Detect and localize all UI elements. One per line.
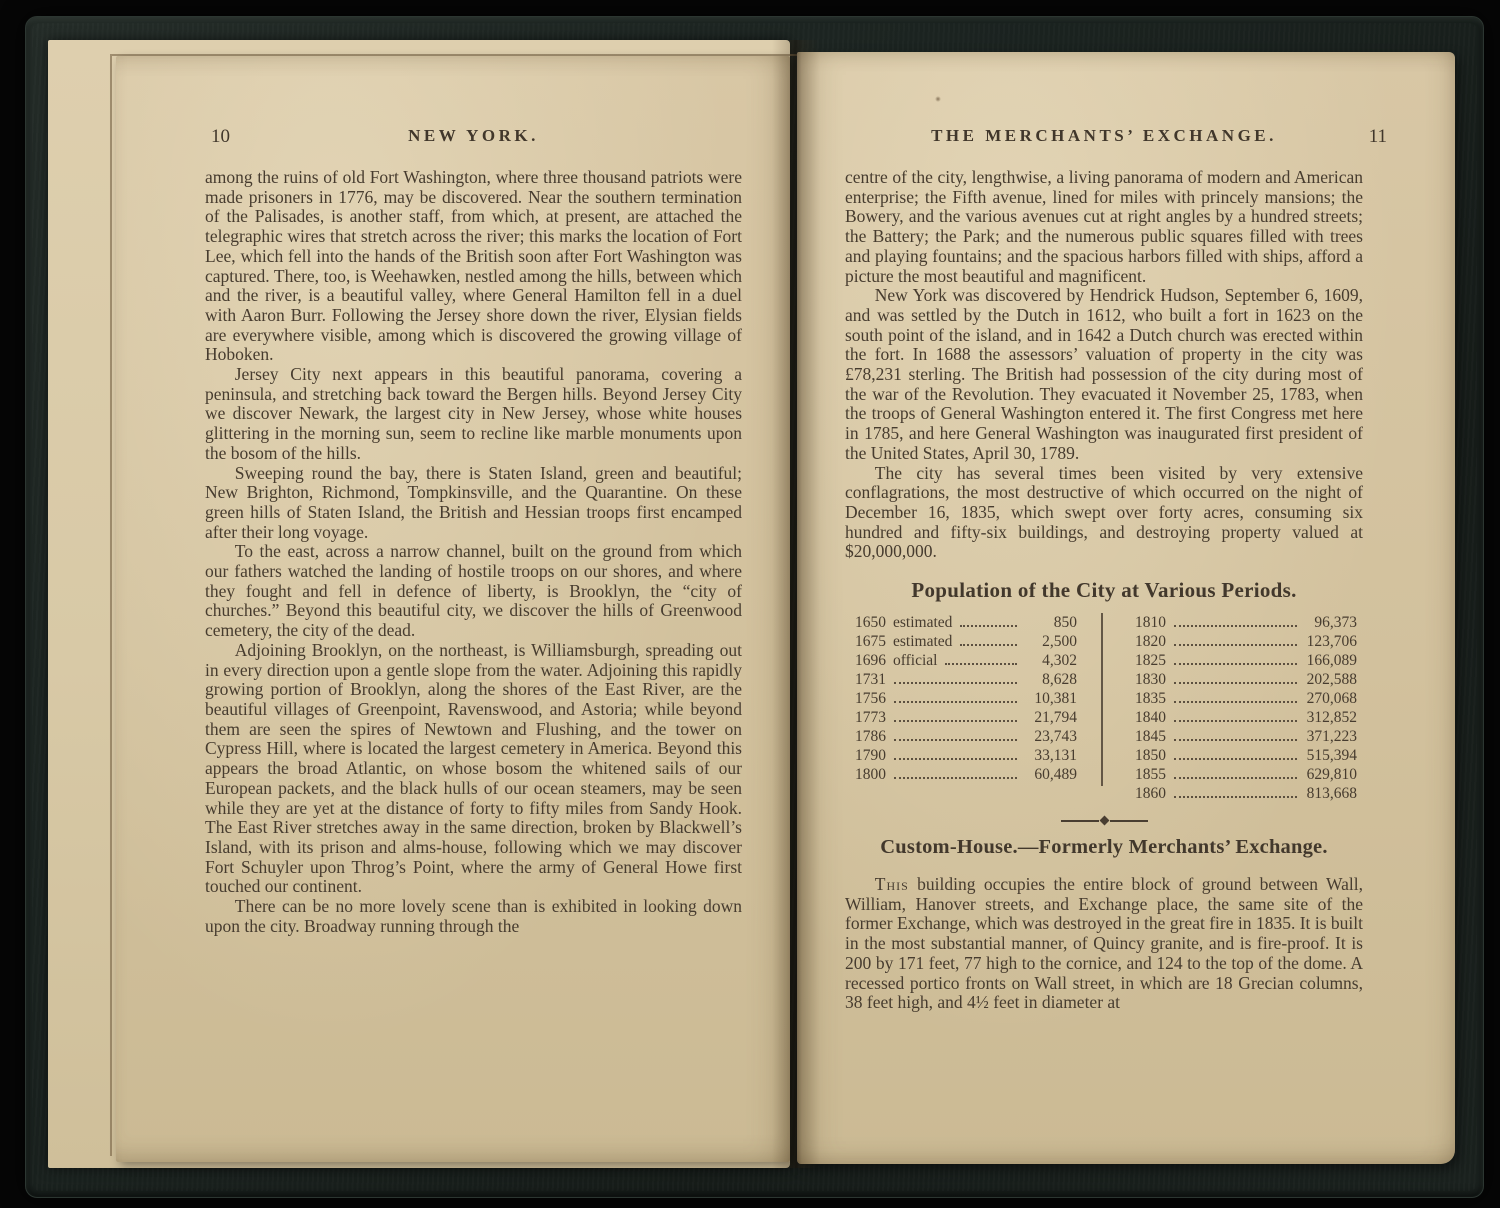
table-row: 1773 21,794 — [855, 708, 1077, 727]
population-table: 1650 estimated 850 1675 estimated 2,500 — [845, 613, 1363, 803]
dot-leader — [1174, 625, 1297, 627]
lead-word: This — [875, 874, 909, 894]
dot-leader — [960, 644, 1017, 646]
year-cell: 1855 — [1135, 765, 1166, 784]
table-row: 1810 96,373 — [1135, 613, 1357, 632]
running-head: THE MERCHANTS’ EXCHANGE. — [845, 126, 1363, 146]
book-photograph: 10 NEW YORK. among the ruins of old Fort… — [0, 0, 1500, 1208]
left-page-body: among the ruins of old Fort Washington, … — [205, 168, 742, 936]
table-row: 1855 629,810 — [1135, 765, 1357, 784]
table-row: 1830 202,588 — [1135, 670, 1357, 689]
table-row: 1756 10,381 — [855, 689, 1077, 708]
paragraph: centre of the city, lengthwise, a living… — [845, 168, 1363, 286]
ornament-diamond-icon — [1099, 816, 1109, 826]
year-cell: 1786 — [855, 727, 886, 746]
table-row: 1800 60,489 — [855, 765, 1077, 784]
value-cell: 60,489 — [1023, 765, 1077, 784]
table-row: 1860 813,668 — [1135, 784, 1357, 803]
dot-leader — [1174, 796, 1297, 798]
section-paragraph-text: building occupies the entire block of gr… — [845, 874, 1363, 1012]
section-heading: Custom-House.—Formerly Merchants’ Exchan… — [845, 836, 1363, 859]
value-cell: 33,131 — [1023, 746, 1077, 765]
table-row: 1650 estimated 850 — [855, 613, 1077, 632]
year-cell: 1830 — [1135, 670, 1166, 689]
paragraph: among the ruins of old Fort Washington, … — [205, 168, 742, 365]
value-cell: 21,794 — [1023, 708, 1077, 727]
value-cell: 166,089 — [1303, 651, 1357, 670]
right-page-header: 11 THE MERCHANTS’ EXCHANGE. — [845, 126, 1363, 152]
table-row: 1840 312,852 — [1135, 708, 1357, 727]
year-cell: 1835 — [1135, 689, 1166, 708]
dot-leader — [894, 739, 1017, 741]
divider-ornament — [845, 817, 1363, 824]
dot-leader — [960, 625, 1017, 627]
dot-leader — [1174, 777, 1297, 779]
dot-leader — [1174, 720, 1297, 722]
value-cell: 96,373 — [1303, 613, 1357, 632]
value-cell: 312,852 — [1303, 708, 1357, 727]
value-cell: 8,628 — [1023, 670, 1077, 689]
paragraph: Adjoining Brooklyn, on the northeast, is… — [205, 641, 742, 897]
paragraph: There can be no more lovely scene than i… — [205, 897, 742, 936]
dot-leader — [894, 720, 1017, 722]
left-page: 10 NEW YORK. among the ruins of old Fort… — [116, 56, 790, 1162]
note-cell: estimated — [893, 613, 952, 632]
value-cell: 629,810 — [1303, 765, 1357, 784]
dot-leader — [894, 701, 1017, 703]
population-table-right-column: 1810 96,373 1820 123,706 — [1103, 613, 1359, 803]
table-row: 1675 estimated 2,500 — [855, 632, 1077, 651]
note-cell: official — [893, 651, 937, 670]
paragraph: To the east, across a narrow channel, bu… — [205, 542, 742, 641]
year-cell: 1860 — [1135, 784, 1166, 803]
dot-leader — [1174, 701, 1297, 703]
year-cell: 1840 — [1135, 708, 1166, 727]
value-cell: 270,068 — [1303, 689, 1357, 708]
ornament-line — [1061, 820, 1099, 822]
year-cell: 1731 — [855, 670, 886, 689]
value-cell: 23,743 — [1023, 727, 1077, 746]
page-number: 11 — [1369, 126, 1387, 148]
table-row: 1731 8,628 — [855, 670, 1077, 689]
paragraph: Jersey City next appears in this beautif… — [205, 365, 742, 464]
table-row: 1696 official 4,302 — [855, 651, 1077, 670]
value-cell: 4,302 — [1023, 651, 1077, 670]
dot-leader — [1174, 663, 1297, 665]
paragraph: The city has several times been visited … — [845, 464, 1363, 563]
paragraph: New York was discovered by Hendrick Huds… — [845, 286, 1363, 463]
table-row: 1850 515,394 — [1135, 746, 1357, 765]
value-cell: 123,706 — [1303, 632, 1357, 651]
dot-leader — [894, 777, 1017, 779]
running-head: NEW YORK. — [205, 126, 742, 146]
right-page-body: centre of the city, lengthwise, a living… — [845, 168, 1363, 562]
year-cell: 1820 — [1135, 632, 1166, 651]
left-page-header: 10 NEW YORK. — [205, 126, 742, 152]
table-row: 1820 123,706 — [1135, 632, 1357, 651]
dot-leader — [1174, 758, 1297, 760]
year-cell: 1810 — [1135, 613, 1166, 632]
value-cell: 371,223 — [1303, 727, 1357, 746]
year-cell: 1800 — [855, 765, 886, 784]
year-cell: 1790 — [855, 746, 886, 765]
dot-leader — [1174, 682, 1297, 684]
value-cell: 850 — [1023, 613, 1077, 632]
population-table-left-column: 1650 estimated 850 1675 estimated 2,500 — [849, 613, 1103, 786]
value-cell: 2,500 — [1023, 632, 1077, 651]
page-number: 10 — [211, 126, 230, 148]
population-table-title: Population of the City at Various Period… — [845, 578, 1363, 603]
dot-leader — [1174, 739, 1297, 741]
year-cell: 1845 — [1135, 727, 1166, 746]
value-cell: 10,381 — [1023, 689, 1077, 708]
table-row: 1786 23,743 — [855, 727, 1077, 746]
table-row: 1790 33,131 — [855, 746, 1077, 765]
section-paragraph: This building occupies the entire block … — [845, 875, 1363, 1013]
note-cell: estimated — [893, 632, 952, 651]
value-cell: 202,588 — [1303, 670, 1357, 689]
dot-leader — [945, 663, 1017, 665]
year-cell: 1650 — [855, 613, 886, 632]
table-row: 1845 371,223 — [1135, 727, 1357, 746]
right-page: 11 THE MERCHANTS’ EXCHANGE. centre of th… — [797, 52, 1455, 1164]
dot-leader — [1174, 644, 1297, 646]
dot-leader — [894, 758, 1017, 760]
ornament-line — [1110, 820, 1148, 822]
year-cell: 1756 — [855, 689, 886, 708]
value-cell: 813,668 — [1303, 784, 1357, 803]
year-cell: 1773 — [855, 708, 886, 727]
table-row: 1835 270,068 — [1135, 689, 1357, 708]
dot-leader — [894, 682, 1017, 684]
year-cell: 1696 — [855, 651, 886, 670]
year-cell: 1850 — [1135, 746, 1166, 765]
year-cell: 1675 — [855, 632, 886, 651]
table-row: 1825 166,089 — [1135, 651, 1357, 670]
value-cell: 515,394 — [1303, 746, 1357, 765]
paragraph: Sweeping round the bay, there is Staten … — [205, 464, 742, 543]
year-cell: 1825 — [1135, 651, 1166, 670]
